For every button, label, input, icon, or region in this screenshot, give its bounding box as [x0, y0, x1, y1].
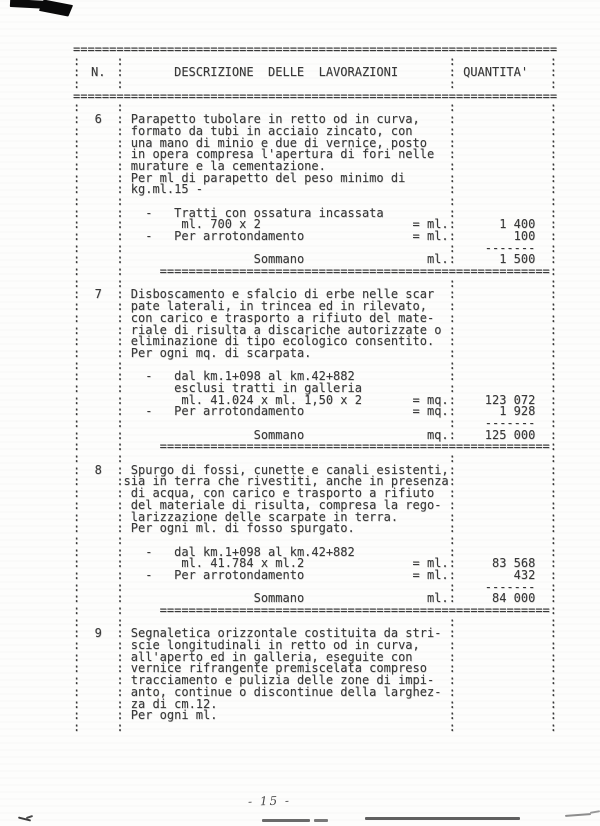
- separator-line: ========================================…: [124, 605, 550, 617]
- quantity-cell: [456, 722, 550, 734]
- item-number-cell: [80, 208, 116, 220]
- item-number-cell: [80, 652, 116, 664]
- page-number: - 15 -: [248, 793, 291, 808]
- table-row: :: Per ogni ml.::: [73, 710, 557, 722]
- item-number-cell: [80, 488, 116, 500]
- quantity-cell: [456, 617, 550, 629]
- quantity-cell: [456, 348, 550, 360]
- quantity-cell: [456, 512, 550, 524]
- border-line: ========================================…: [73, 44, 557, 56]
- quantity-cell: [456, 488, 550, 500]
- table-row: :: Per ogni mq. di scarpata.::: [73, 348, 557, 360]
- item-number-cell: [80, 266, 116, 278]
- item-number-cell: [80, 173, 116, 185]
- description-cell: Per ogni mq. di scarpata.: [124, 348, 449, 360]
- item-number-cell: [80, 418, 116, 430]
- item-number-cell: [80, 184, 116, 196]
- item-number-cell: [80, 605, 116, 617]
- sum-separator-row: ::======================================…: [73, 266, 557, 278]
- item-number-cell: [80, 371, 116, 383]
- quantity-cell: [456, 149, 550, 161]
- quantity-cell: [456, 699, 550, 711]
- item-number-cell: [80, 325, 116, 337]
- item-number-cell: [80, 383, 116, 395]
- quantity-cell: [456, 687, 550, 699]
- border-line: ========================================…: [73, 91, 557, 103]
- quantity-cell: 1 400: [456, 219, 550, 231]
- quantity-cell: [456, 628, 550, 640]
- item-number-cell: [80, 593, 116, 605]
- header-quantity: QUANTITA': [456, 67, 550, 79]
- item-number-cell: [80, 149, 116, 161]
- item-number-cell: [80, 500, 116, 512]
- description-text: - Per arrotondamento: [124, 231, 413, 243]
- item-number-cell: [80, 441, 116, 453]
- quantity-cell: [456, 196, 550, 208]
- description-text: kg.ml.15 -: [124, 184, 449, 196]
- item-number-cell: [80, 243, 116, 255]
- item-number-cell: 9: [80, 628, 116, 640]
- item-number-cell: [80, 476, 116, 488]
- item-number-cell: [80, 687, 116, 699]
- table-row: :: Per ogni ml. di fosso spurgato.::: [73, 523, 557, 535]
- item-number-cell: [80, 558, 116, 570]
- column-divider: :: [73, 722, 80, 734]
- description-text: - Per arrotondamento: [124, 406, 413, 418]
- quantity-cell: [456, 184, 550, 196]
- item-number-cell: [80, 196, 116, 208]
- quantity-cell: [456, 289, 550, 301]
- sum-separator-row: ::======================================…: [73, 605, 557, 617]
- description-text: Per ogni ml. di fosso spurgato.: [124, 523, 449, 535]
- unit-label: = ml.: [413, 231, 449, 243]
- blank-row: ::::: [73, 722, 557, 734]
- description-text: Per ogni ml.: [124, 710, 449, 722]
- scanner-artifact-top-left-2: [39, 0, 73, 17]
- unit-label: = ml.: [413, 570, 449, 582]
- item-number-cell: [80, 430, 116, 442]
- description-cell: kg.ml.15 -: [124, 184, 449, 196]
- quantity-cell: [456, 663, 550, 675]
- item-number-cell: [80, 663, 116, 675]
- item-number-cell: [80, 582, 116, 594]
- quantity-cell: [456, 336, 550, 348]
- column-divider: :: [116, 722, 123, 734]
- scanner-artifact-bottom-line-5: [590, 810, 600, 814]
- table-border-row: ========================================…: [73, 91, 557, 103]
- description-cell: - Per arrotondamento= mq.: [124, 406, 449, 418]
- quantity-cell: 83 568: [456, 558, 550, 570]
- description-cell: - Per arrotondamento= ml.: [124, 570, 449, 582]
- quantity-cell: [456, 465, 550, 477]
- header-number: N.: [80, 67, 116, 79]
- item-number-cell: [80, 126, 116, 138]
- quantity-cell: [456, 360, 550, 372]
- item-number-cell: [80, 710, 116, 722]
- item-number-cell: [80, 523, 116, 535]
- item-number-cell: [80, 406, 116, 418]
- scanner-artifact-bottom-line-4: [565, 813, 591, 817]
- item-number-cell: 6: [80, 114, 116, 126]
- description-text: - Per arrotondamento: [124, 570, 413, 582]
- scanner-artifact-bottom-line-1: [262, 819, 310, 822]
- quantity-cell: [456, 126, 550, 138]
- item-number-cell: [80, 640, 116, 652]
- works-table: ========================================…: [73, 44, 557, 734]
- quantity-cell: [456, 313, 550, 325]
- document-page: { "footer": { "page_number": "- 15 -" },…: [0, 0, 600, 826]
- item-number-cell: [80, 675, 116, 687]
- quantity-cell: [456, 138, 550, 150]
- item-number-cell: [80, 512, 116, 524]
- table-border-row: ========================================…: [73, 44, 557, 56]
- description-cell: - Per arrotondamento= ml.: [124, 231, 449, 243]
- quantity-cell: [456, 500, 550, 512]
- item-number-cell: [80, 395, 116, 407]
- item-number-cell: 7: [80, 289, 116, 301]
- quantity-cell: [456, 640, 550, 652]
- sum-separator-row: ::======================================…: [73, 441, 557, 453]
- item-number-cell: [80, 301, 116, 313]
- item-number-cell: [80, 231, 116, 243]
- item-number-cell: 8: [80, 465, 116, 477]
- description-text: [124, 722, 449, 734]
- quantity-cell: [456, 161, 550, 173]
- item-number-cell: [80, 360, 116, 372]
- quantity-cell: [456, 102, 550, 114]
- item-number-cell: [80, 722, 116, 734]
- item-number-cell: [80, 138, 116, 150]
- description-cell: [124, 722, 449, 734]
- table-header-row: :N.:DESCRIZIONE DELLE LAVORAZIONI:QUANTI…: [73, 67, 557, 79]
- description-cell: Per ogni ml. di fosso spurgato.: [124, 523, 449, 535]
- quantity-cell: [456, 710, 550, 722]
- item-number-cell: [80, 219, 116, 231]
- item-number-cell: [80, 570, 116, 582]
- separator-line: ========================================…: [124, 441, 550, 453]
- item-number-cell: [80, 535, 116, 547]
- column-divider: :: [449, 722, 456, 734]
- description-text: Per ogni mq. di scarpata.: [124, 348, 449, 360]
- quantity-cell: [456, 114, 550, 126]
- description-cell: Per ogni ml.: [124, 710, 449, 722]
- item-number-cell: [80, 313, 116, 325]
- item-number-cell: [80, 348, 116, 360]
- item-number-cell: [80, 336, 116, 348]
- quantity-cell: [456, 453, 550, 465]
- quantity-cell: [456, 523, 550, 535]
- item-number-cell: [80, 254, 116, 266]
- quantity-cell: [456, 371, 550, 383]
- scanner-artifact-bottom-line-3: [365, 817, 520, 820]
- quantity-cell: [456, 535, 550, 547]
- header-description: DESCRIZIONE DELLE LAVORAZIONI: [124, 67, 449, 79]
- quantity-cell: [456, 476, 550, 488]
- unit-label: = mq.: [413, 406, 449, 418]
- quantity-cell: [456, 301, 550, 313]
- quantity-cell: [456, 325, 550, 337]
- quantity-cell: [456, 652, 550, 664]
- quantity-cell: [456, 173, 550, 185]
- item-number-cell: [80, 547, 116, 559]
- scanner-artifact-bottom-line-2: [314, 819, 328, 822]
- table-row: :: kg.ml.15 -::: [73, 184, 557, 196]
- quantity-cell: [456, 278, 550, 290]
- item-number-cell: [80, 161, 116, 173]
- quantity-cell: [456, 675, 550, 687]
- column-divider: :: [550, 722, 557, 734]
- separator-line: ========================================…: [124, 266, 550, 278]
- item-number-cell: [80, 699, 116, 711]
